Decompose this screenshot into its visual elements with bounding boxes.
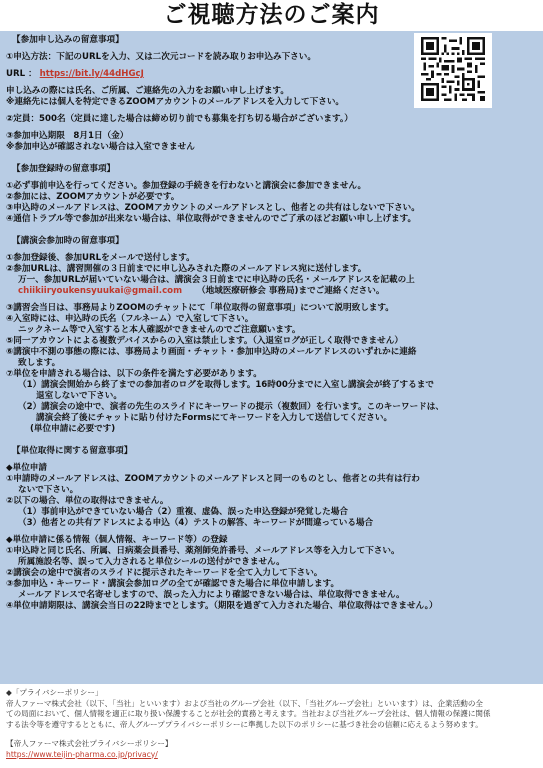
privacy-footer: ◆「プライバシーポリシー」 帝人ファーマ株式会社（以下、「当社」といいます）およ… [0, 684, 543, 768]
credit-subheading: ◆単位申請 [6, 463, 539, 474]
credit-subheading: ◆単位申請に係る情報（個人情報、キーワード等）の登録 [6, 535, 539, 546]
registration-item: ②参加には、ZOOMアカウントが必要です。 [6, 192, 539, 203]
credit-item-cont: 所属施設名等、誤って入力されると単位シールの送付ができません。 [6, 557, 539, 568]
credit-item-cont: ないで下さい。 [6, 485, 539, 496]
qr-code [414, 33, 492, 108]
attendance-item: ⑥講演中不測の事態の際には、事務局より画面・チャット・参加申込時のメールアドレス… [6, 347, 539, 358]
credit-item: ④単位申請期限は、講演会当日の22時までとします。（期限を過ぎて入力された場合、… [6, 601, 539, 612]
contact-email-suffix: （地域医療研修会 事務局)までご連絡ください。 [185, 286, 384, 296]
attendance-item: ④入室時には、申込時の氏名（フルネーム）で入室して下さい。 [6, 314, 539, 325]
privacy-text: ての局面において、個人情報を適正に取り扱い保護することが社会的責務と考えます。当… [6, 709, 537, 720]
url-label: URL ： [6, 69, 37, 79]
registration-item: ③申込時のメールアドレスは、ZOOMアカウントのメールアドレスとし、他者との共有… [6, 203, 539, 214]
info-panel: 【参加申し込みの留意事項】 ①申込方法：下記のURLを入力、又は二次元コードを読… [0, 31, 543, 684]
credit-item-cont: （3）他者との共有アドレスによる申込（4）テストの解答、キーワードが間違っている… [6, 518, 539, 529]
credit-item: ①申込時と同じ氏名、所属、日病薬会員番号、薬剤師免許番号、メールアドレス等を入力… [6, 546, 539, 557]
page-title: ご視聴方法のご案内 [0, 0, 543, 31]
privacy-text: する法令等を遵守するとともに、帝人グループプライバシーポリシーに準拠した以下のポ… [6, 720, 537, 731]
privacy-text: 帝人ファーマ株式会社（以下、「当社」といいます）および当社のグループ会社（以下、… [6, 699, 537, 710]
credit-item-cont: （1）事前申込ができていない場合（2）重複、虚偽、誤った申込登録が発覚した場合 [6, 507, 539, 518]
attendance-item-cont: 万一、参加URLが届いていない場合は、講演会３日前までに申込時の氏名・メールアド… [6, 275, 539, 286]
capacity: ②定員：500名（定員に達した場合は締め切り前でも募集を打ち切る場合がございます… [6, 114, 539, 125]
credit-item: ③参加申込・キーワード・講演会参加ログの全てが確認できた場合に単位申請します。 [6, 579, 539, 590]
credit-item: ②講演会の途中で演者のスライドに提示されたキーワードを全て入力して下さい。 [6, 568, 539, 579]
credit-item: ①申請時のメールアドレスは、ZOOMアカウントのメールアドレスと同一のものとし、… [6, 474, 539, 485]
attendance-item: ②参加URLは、講習開催の３日前までに申し込みされた際のメールアドレス宛に送付し… [6, 264, 539, 275]
contact-email-link[interactable]: chiikiiryoukensyuukai@gmail.com [18, 286, 182, 296]
credit-condition-cont: 講演会終了後にチャットに貼り付けたFormsにてキーワードを入力して送信してくだ… [6, 413, 539, 424]
privacy-heading: ◆「プライバシーポリシー」 [6, 688, 537, 699]
attendance-item-cont: ニックネーム等で入室すると本人確認ができませんのでご注意願います。 [6, 325, 539, 336]
credit-condition: （2）講演会の途中で、演者の先生のスライドにキーワードの提示（複数回）を行います… [6, 402, 539, 413]
privacy-policy-link[interactable]: https://www.teijin-pharma.co.jp/privacy/ [6, 750, 158, 759]
credit-item-cont: メールアドレスで名寄せしますので、誤った入力により確認できない場合は、単位取得で… [6, 590, 539, 601]
qr-code-icon [421, 37, 485, 101]
attendance-item: ①参加登録後、参加URLをメールで送付します。 [6, 253, 539, 264]
deadline: ③参加申込期限 8月1日（金） [6, 131, 539, 142]
credit-condition-note: (単位申請に必要です) [6, 424, 539, 435]
attendance-item: ③講習会当日は、事務局よりZOOMのチャットにて「単位取得の留意事項」について説… [6, 303, 539, 314]
attendance-item: ⑤同一アカウントによる複数デバイスからの入室は禁止します。（入退室ログが正しく取… [6, 336, 539, 347]
application-url-link[interactable]: https://bit.ly/44dHGcJ [40, 69, 144, 79]
credit-condition: （1）講演会開始から終了までの参加者のログを取得します。16時00分までに入室し… [6, 380, 539, 391]
privacy-policy-title: 【帝人ファーマ株式会社プライバシーポリシー】 [6, 739, 537, 750]
credit-condition-cont: 退室しないで下さい。 [6, 391, 539, 402]
contact-email-row: chiikiiryoukensyuukai@gmail.com （地域医療研修会… [6, 286, 539, 297]
registration-item: ①必ず事前申込を行ってください。参加登録の手続きを行わないと講演会に参加できませ… [6, 181, 539, 192]
registration-item: ④通信トラブル等で参加が出来ない場合は、単位取得ができませんのでご了承のほどお願… [6, 214, 539, 225]
attendance-item-cont: 致します。 [6, 358, 539, 369]
attendance-item: ⑦単位を申請される場合は、以下の条件を満たす必要があります。 [6, 369, 539, 380]
section-heading-attendance: 【講演会参加時の留意事項】 [6, 236, 539, 247]
section-heading-credit: 【単位取得に関する留意事項】 [6, 446, 539, 457]
section-heading-registration: 【参加登録時の留意事項】 [6, 164, 539, 175]
credit-item: ②以下の場合、単位の取得はできません。 [6, 496, 539, 507]
deadline-note: ※参加申込が確認されない場合は入室できません [6, 142, 539, 153]
